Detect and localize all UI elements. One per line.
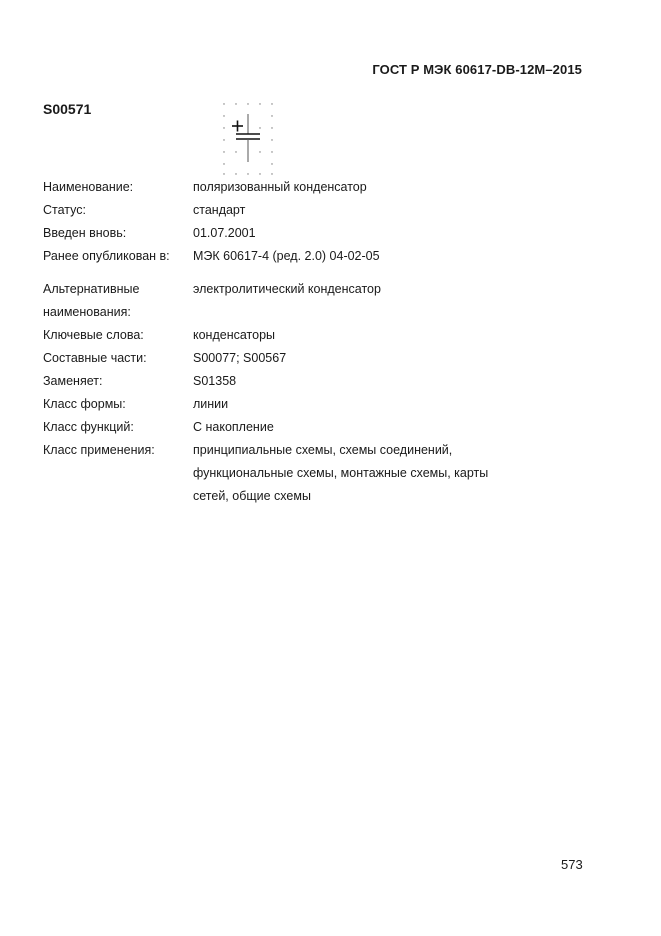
field-value: стандарт (193, 199, 533, 222)
field-value: электролитический конденсатор (193, 278, 533, 301)
field-label: Класс функций: (43, 416, 193, 439)
symbol-id: S00571 (43, 101, 91, 117)
field-label: Класс формы: (43, 393, 193, 416)
field-label: Ранее опубликован в: (43, 245, 193, 268)
field-label: Статус: (43, 199, 193, 222)
field-label: наименования: (43, 301, 193, 324)
polarized-capacitor-icon (222, 100, 278, 176)
field-value: линии (193, 393, 533, 416)
page-number: 573 (561, 857, 583, 872)
field-value: конденсаторы (193, 324, 533, 347)
field-value: С накопление (193, 416, 533, 439)
field-value: 01.07.2001 (193, 222, 533, 245)
field-value: сетей, общие схемы (193, 485, 533, 508)
field-label: Введен вновь: (43, 222, 193, 245)
field-label: Наименование: (43, 176, 193, 199)
standard-title: ГОСТ Р МЭК 60617-DB-12М–2015 (372, 62, 582, 77)
field-value: принципиальные схемы, схемы соединений, (193, 439, 533, 462)
field-value: S01358 (193, 370, 533, 393)
field-label: Класс применения: (43, 439, 193, 462)
field-label: Альтернативные (43, 278, 193, 301)
field-value: МЭК 60617-4 (ред. 2.0) 04-02-05 (193, 245, 533, 268)
field-value: функциональные схемы, монтажные схемы, к… (193, 462, 533, 485)
field-label: Ключевые слова: (43, 324, 193, 347)
field-value: S00077; S00567 (193, 347, 533, 370)
field-label: Заменяет: (43, 370, 193, 393)
field-value: поляризованный конденсатор (193, 176, 533, 199)
field-label: Составные части: (43, 347, 193, 370)
